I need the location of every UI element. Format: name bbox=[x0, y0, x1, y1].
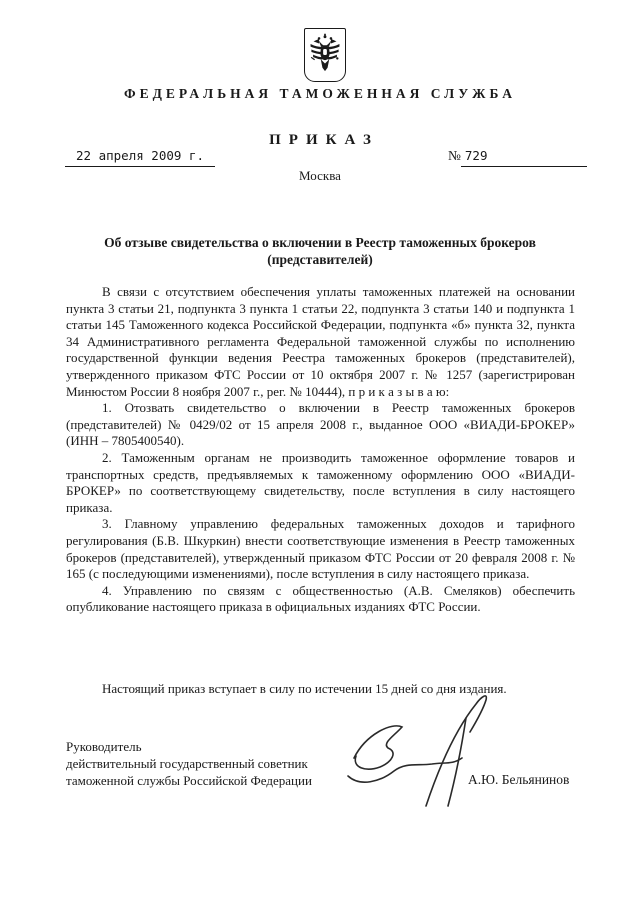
body-paragraph: В связи с отсутствием обеспечения уплаты… bbox=[66, 284, 575, 400]
signer-position: Руководитель действительный государствен… bbox=[66, 738, 376, 789]
document-body: В связи с отсутствием обеспечения уплаты… bbox=[66, 284, 575, 616]
signer-position-line-1: Руководитель bbox=[66, 738, 376, 755]
body-paragraph: 1. Отозвать свидетельство о включении в … bbox=[66, 400, 575, 450]
body-paragraph: 4. Управлению по связям с общественность… bbox=[66, 583, 575, 616]
double-headed-eagle-icon bbox=[308, 32, 342, 78]
coat-of-arms bbox=[304, 28, 346, 82]
signer-name: А.Ю. Бельянинов bbox=[468, 772, 598, 788]
signature-icon bbox=[340, 688, 510, 808]
body-paragraph: 2. Таможенным органам не производить там… bbox=[66, 450, 575, 516]
date-field: 22 апреля 2009 г. bbox=[65, 148, 215, 167]
date-value: 22 апреля 2009 г. bbox=[76, 148, 204, 163]
document-type: ПРИКАЗ bbox=[0, 132, 640, 149]
number-field: №729 bbox=[448, 148, 587, 167]
numero-sign: № bbox=[448, 148, 461, 163]
city-label: Москва bbox=[0, 168, 640, 184]
agency-name: ФЕДЕРАЛЬНАЯ ТАМОЖЕННАЯ СЛУЖБА bbox=[0, 86, 640, 102]
title-line-2: (представителей) bbox=[66, 251, 574, 268]
title-line-1: Об отзыве свидетельства о включении в Ре… bbox=[66, 234, 574, 251]
body-paragraph: 3. Главному управлению федеральных тамож… bbox=[66, 516, 575, 582]
number-value: 729 bbox=[461, 148, 587, 167]
document-title: Об отзыве свидетельства о включении в Ре… bbox=[66, 234, 574, 268]
signer-position-line-3: таможенной службы Российской Федерации bbox=[66, 772, 376, 789]
signer-position-line-2: действительный государственный советник bbox=[66, 755, 376, 772]
document-page: ФЕДЕРАЛЬНАЯ ТАМОЖЕННАЯ СЛУЖБА ПРИКАЗ 22 … bbox=[0, 0, 640, 900]
